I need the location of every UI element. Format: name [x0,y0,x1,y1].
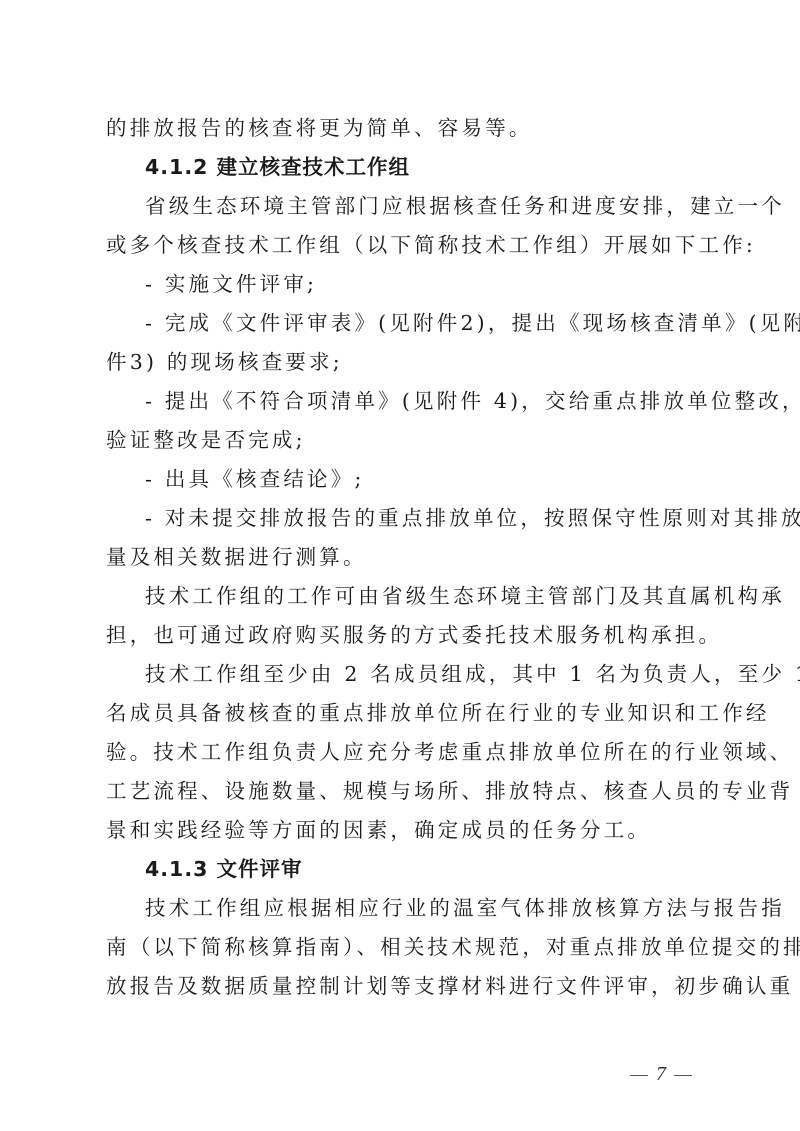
list-item-continuation: 验证整改是否完成; [106,428,696,452]
body-line: 南（以下简称核算指南）、相关技术规范，对重点排放单位提交的排 [106,935,696,959]
body-line: 名成员具备被核查的重点排放单位所在行业的专业知识和工作经 [106,701,696,725]
list-item-continuation: 量及相关数据进行测算。 [106,545,696,569]
list-item: - 实施文件评审; [145,272,696,296]
list-item: - 提出《不符合项清单》(见附件 4)，交给重点排放单位整改， [145,389,696,413]
document-page: 的排放报告的核查将更为简单、容易等。 4.1.2 建立核查技术工作组 省级生态环… [0,0,800,1131]
list-item: - 完成《文件评审表》(见附件2)，提出《现场核查清单》(见附 [145,311,696,335]
body-line: 的排放报告的核查将更为简单、容易等。 [106,116,696,140]
dash-right-decoration [674,1075,692,1077]
body-line: 技术工作组的工作可由省级生态环境主管部门及其直属机构承 [145,584,696,608]
section-heading-4-1-2: 4.1.2 建立核查技术工作组 [145,155,696,179]
body-line: 验。技术工作组负责人应充分考虑重点排放单位所在的行业领域、 [106,740,696,764]
body-line: 技术工作组至少由 2 名成员组成，其中 1 名为负责人，至少 1 [145,662,696,686]
section-heading-4-1-3: 4.1.3 文件评审 [145,857,696,881]
body-line: 或多个核查技术工作组（以下简称技术工作组）开展如下工作: [106,233,696,257]
dash-left-decoration [630,1075,648,1077]
body-line: 放报告及数据质量控制计划等支撑材料进行文件评审，初步确认重 [106,974,696,998]
body-line: 担，也可通过政府购买服务的方式委托技术服务机构承担。 [106,623,696,647]
body-line: 工艺流程、设施数量、规模与场所、排放特点、核查人员的专业背 [106,779,696,803]
page-number: 7 [656,1063,666,1085]
list-item: - 对未提交排放报告的重点排放单位，按照保守性原则对其排放 [145,506,696,530]
body-line: 技术工作组应根据相应行业的温室气体排放核算方法与报告指 [145,896,696,920]
body-line: 省级生态环境主管部门应根据核查任务和进度安排，建立一个 [145,194,696,218]
body-line: 景和实践经验等方面的因素，确定成员的任务分工。 [106,818,696,842]
page-number-footer: 7 [622,1062,700,1086]
list-item-continuation: 件3) 的现场核查要求; [106,350,696,374]
list-item: - 出具《核查结论》; [145,467,696,491]
